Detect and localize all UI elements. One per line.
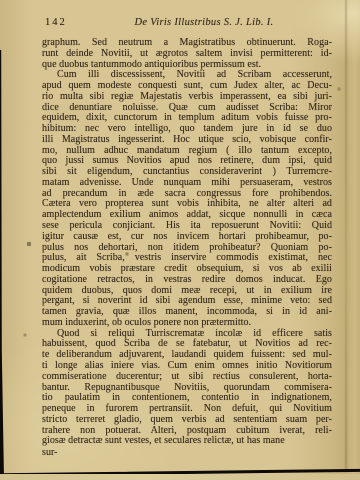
scan-below-edge	[0, 474, 360, 480]
text-line: runt deinde Novitii, ut ægrotos saltem i…	[42, 49, 332, 60]
text-line: giosæ detractæ sunt vestes, et seculares…	[42, 436, 332, 447]
catchword: sur-	[42, 448, 332, 459]
text-line: igitur causæ est, cur nos invicem hortar…	[42, 232, 332, 243]
book-page-scan: 142 De Viris Illustribus S. J. Lib. I. g…	[0, 0, 360, 480]
page-text: graphum. Sed neutrum a Magistratibus obt…	[42, 38, 332, 458]
text-line: commiseratione ducerentur; ut sibi recti…	[42, 372, 332, 383]
page-crease	[345, 0, 347, 472]
paper-specks	[0, 0, 2, 2]
page-header: 142 De Viris Illustribus S. J. Lib. I.	[42, 17, 332, 31]
text-line: rio multa sibi regiæ Majestatis verbis i…	[42, 92, 332, 103]
running-title: De Viris Illustribus S. J. Lib. I.	[82, 17, 326, 28]
text-line: stricto terreret gladio, quem verbis ad …	[42, 415, 332, 426]
text-line: cogitatione retractos, in vestras redire…	[42, 275, 332, 286]
page-number: 142	[45, 17, 67, 28]
